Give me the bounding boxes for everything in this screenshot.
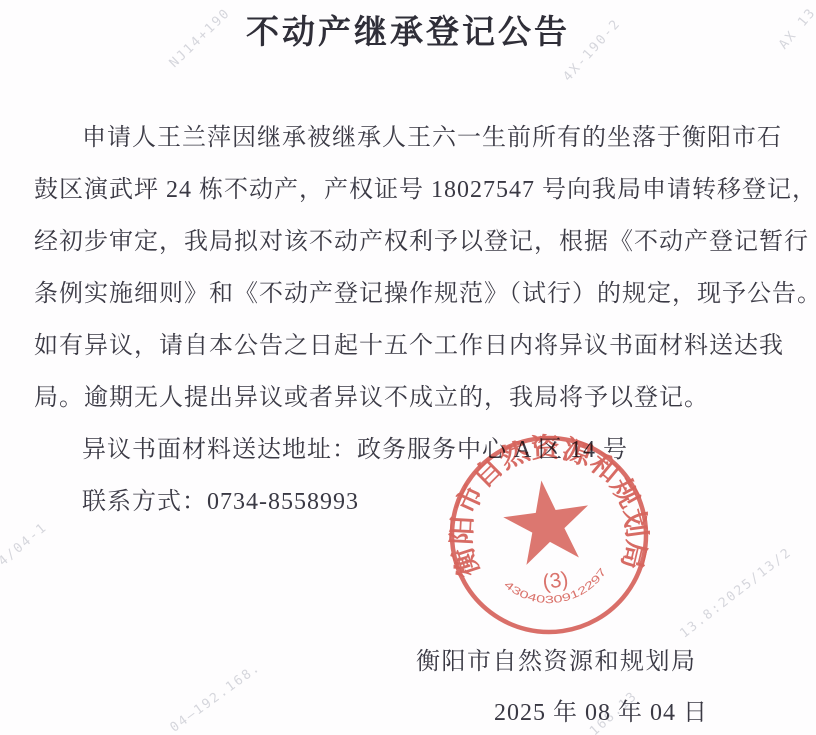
official-seal: 衡阳市自然资源和规划局 (3) 4304030912297 — [442, 428, 656, 642]
issuing-authority: 衡阳市自然资源和规划局 — [416, 641, 697, 676]
scan-watermark: W.04/04-1 — [0, 520, 51, 588]
scan-watermark: 13.8:2025/13/2 — [677, 545, 795, 642]
body-line: 经初步审定，我局拟对该不动产权利予以登记，根据《不动产登记暂行 — [34, 216, 790, 268]
contact-phone-line: 联系方式：0734-8558993 — [34, 476, 790, 528]
delivery-address-line: 异议书面材料送达地址：政务服务中心 A 区 14 号 — [34, 424, 790, 476]
body-line: 如有异议，请自本公告之日起十五个工作日内将异议书面材料送达我 — [34, 320, 790, 372]
scanned-announcement-page: NJ14+190 4X-190-2 AX 13 W.04/04-1 04—192… — [0, 0, 816, 735]
body-line: 申请人王兰萍因继承被继承人王六一生前所有的坐落于衡阳市石 — [34, 112, 790, 164]
body-line: 局。逾期无人提出异议或者异议不成立的，我局将予以登记。 — [34, 372, 790, 424]
body-line: 条例实施细则》和《不动产登记操作规范》（试行）的规定，现予公告。 — [34, 268, 790, 320]
issue-date: 2025 年 08 年 04 日 — [494, 692, 708, 727]
seal-sub-label: (3) — [541, 568, 570, 594]
page-title: 不动产继承登记公告 — [0, 6, 816, 53]
scan-watermark: 04—192.168. — [168, 660, 264, 735]
star-icon — [499, 475, 595, 568]
announcement-body: 申请人王兰萍因继承被继承人王六一生前所有的坐落于衡阳市石 鼓区演武坪 24 栋不… — [34, 112, 790, 528]
body-line: 鼓区演武坪 24 栋不动产，产权证号 18027547 号向我局申请转移登记， — [34, 164, 790, 216]
